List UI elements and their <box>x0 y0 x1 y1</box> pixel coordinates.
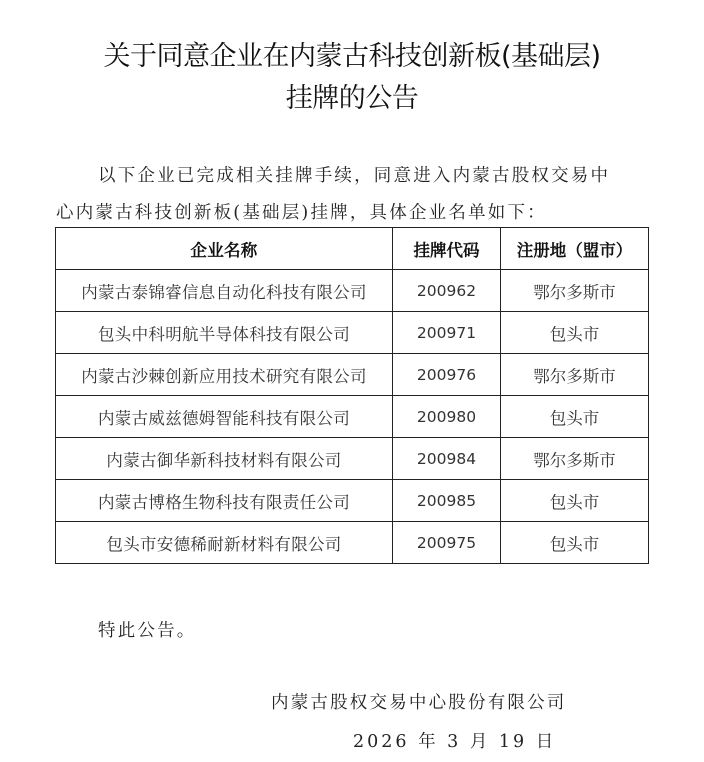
table-row: 包头市安德稀耐新材料有限公司 200975 包头市 <box>56 522 649 564</box>
listing-code: 200985 <box>393 480 501 522</box>
header-listing-code: 挂牌代码 <box>393 228 501 270</box>
intro-paragraph-line-2: 心内蒙古科技创新板(基础层)挂牌，具体企业名单如下： <box>56 199 547 224</box>
listing-code: 200984 <box>393 438 501 480</box>
document-title-line-2: 挂牌的公告 <box>0 76 704 115</box>
company-name: 内蒙古博格生物科技有限责任公司 <box>56 480 393 522</box>
region: 包头市 <box>501 312 649 354</box>
region: 鄂尔多斯市 <box>501 270 649 312</box>
table-row: 包头中科明航半导体科技有限公司 200971 包头市 <box>56 312 649 354</box>
company-list-table: 企业名称 挂牌代码 注册地（盟市） 内蒙古泰锦睿信息自动化科技有限公司 2009… <box>55 227 649 564</box>
document-title-line-1: 关于同意企业在内蒙古科技创新板(基础层) <box>0 34 704 73</box>
table-row: 内蒙古沙棘创新应用技术研究有限公司 200976 鄂尔多斯市 <box>56 354 649 396</box>
company-name: 内蒙古沙棘创新应用技术研究有限公司 <box>56 354 393 396</box>
listing-code: 200980 <box>393 396 501 438</box>
issue-date: 2026 年 3 月 19 日 <box>353 728 556 753</box>
region: 鄂尔多斯市 <box>501 438 649 480</box>
table-row: 内蒙古博格生物科技有限责任公司 200985 包头市 <box>56 480 649 522</box>
listing-code: 200962 <box>393 270 501 312</box>
listing-code: 200976 <box>393 354 501 396</box>
region: 包头市 <box>501 396 649 438</box>
listing-code: 200971 <box>393 312 501 354</box>
company-name: 包头中科明航半导体科技有限公司 <box>56 312 393 354</box>
company-name: 内蒙古御华新科技材料有限公司 <box>56 438 393 480</box>
table-header-row: 企业名称 挂牌代码 注册地（盟市） <box>56 228 649 270</box>
company-name: 内蒙古泰锦睿信息自动化科技有限公司 <box>56 270 393 312</box>
region: 包头市 <box>501 522 649 564</box>
closing-statement: 特此公告。 <box>98 617 197 642</box>
header-region: 注册地（盟市） <box>501 228 649 270</box>
company-name: 内蒙古威兹德姆智能科技有限公司 <box>56 396 393 438</box>
intro-paragraph-line-1: 以下企业已完成相关挂牌手续，同意进入内蒙古股权交易中 <box>98 162 610 187</box>
table-row: 内蒙古泰锦睿信息自动化科技有限公司 200962 鄂尔多斯市 <box>56 270 649 312</box>
table-row: 内蒙古御华新科技材料有限公司 200984 鄂尔多斯市 <box>56 438 649 480</box>
region: 鄂尔多斯市 <box>501 354 649 396</box>
signatory: 内蒙古股权交易中心股份有限公司 <box>271 689 567 714</box>
header-company-name: 企业名称 <box>56 228 393 270</box>
company-name: 包头市安德稀耐新材料有限公司 <box>56 522 393 564</box>
listing-code: 200975 <box>393 522 501 564</box>
table-row: 内蒙古威兹德姆智能科技有限公司 200980 包头市 <box>56 396 649 438</box>
region: 包头市 <box>501 480 649 522</box>
